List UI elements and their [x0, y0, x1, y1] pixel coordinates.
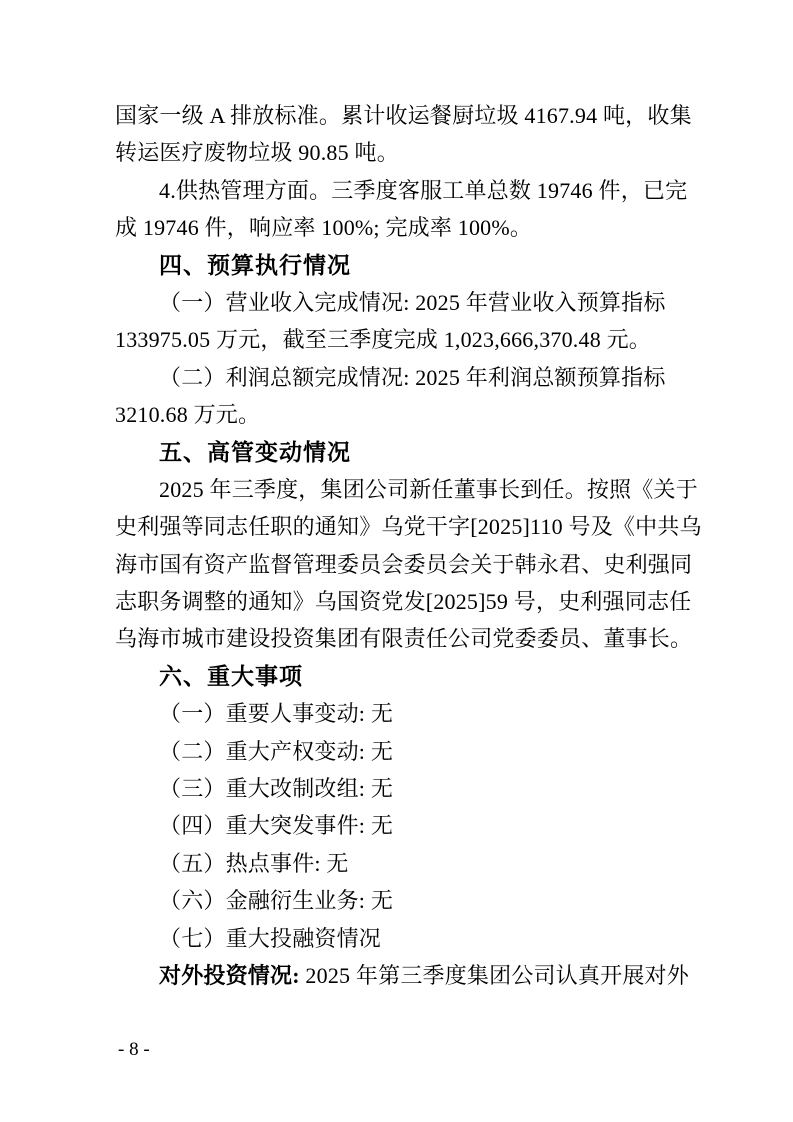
paragraph-line: 对外投资情况: 2025 年第三季度集团公司认真开展对外 — [115, 957, 680, 994]
heading-section-5: 五、高管变动情况 — [115, 434, 680, 471]
paragraph-line: 133975.05 万元，截至三季度完成 1,023,666,370.48 元。 — [115, 321, 680, 358]
paragraph-text: 2025 年第三季度集团公司认真开展对外 — [300, 963, 689, 988]
heading-section-6: 六、重大事项 — [115, 658, 680, 695]
document-page: 国家一级 A 排放标准。累计收运餐厨垃圾 4167.94 吨，收集 转运医疗废物… — [0, 0, 793, 1122]
paragraph-line: 4.供热管理方面。三季度客服工单总数 19746 件，已完 — [115, 172, 680, 209]
paragraph-line: 乌海市城市建设投资集团有限责任公司党委委员、董事长。 — [115, 620, 680, 657]
paragraph-line: 海市国有资产监督管理委员会委员会关于韩永君、史利强同 — [115, 546, 680, 583]
paragraph-line: 转运医疗废物垃圾 90.85 吨。 — [115, 134, 680, 171]
list-item-2: （二）重大产权变动: 无 — [115, 733, 680, 770]
paragraph-line: （一）营业收入完成情况: 2025 年营业收入预算指标 — [115, 284, 680, 321]
page-body: 国家一级 A 排放标准。累计收运餐厨垃圾 4167.94 吨，收集 转运医疗废物… — [115, 97, 680, 994]
list-item-5: （五）热点事件: 无 — [115, 845, 680, 882]
list-item-4: （四）重大突发事件: 无 — [115, 807, 680, 844]
page-number: - 8 - — [118, 1036, 150, 1064]
paragraph-line: 史利强等同志任职的通知》乌党干字[2025]110 号及《中共乌 — [115, 508, 680, 545]
paragraph-line: 志职务调整的通知》乌国资党发[2025]59 号，史利强同志任 — [115, 583, 680, 620]
heading-section-4: 四、预算执行情况 — [115, 247, 680, 284]
paragraph-line: 成 19746 件，响应率 100%; 完成率 100%。 — [115, 209, 680, 246]
list-item-7: （七）重大投融资情况 — [115, 920, 680, 957]
list-item-1: （一）重要人事变动: 无 — [115, 695, 680, 732]
list-item-3: （三）重大改制改组: 无 — [115, 770, 680, 807]
paragraph-line: 国家一级 A 排放标准。累计收运餐厨垃圾 4167.94 吨，收集 — [115, 97, 680, 134]
paragraph-line: 2025 年三季度，集团公司新任董事长到任。按照《关于 — [115, 471, 680, 508]
paragraph-line: 3210.68 万元。 — [115, 396, 680, 433]
list-item-6: （六）金融衍生业务: 无 — [115, 882, 680, 919]
bold-lead-text: 对外投资情况: — [159, 963, 300, 988]
paragraph-line: （二）利润总额完成情况: 2025 年利润总额预算指标 — [115, 359, 680, 396]
